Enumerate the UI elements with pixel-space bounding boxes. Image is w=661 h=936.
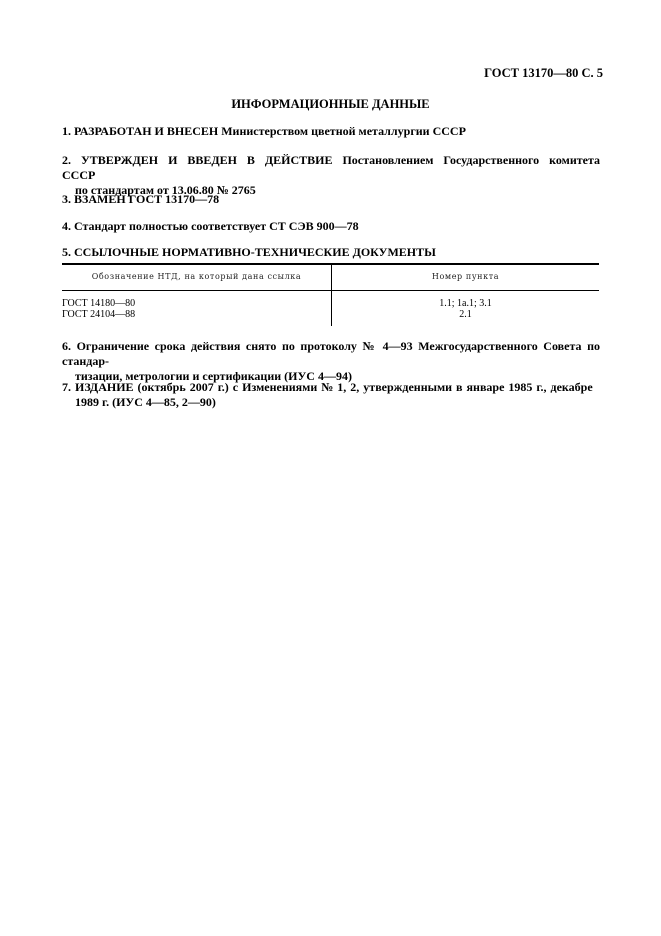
info-item-5: 5. ССЫЛОЧНЫЕ НОРМАТИВНО-ТЕХНИЧЕСКИЕ ДОКУ…: [62, 245, 436, 260]
item-text: Стандарт полностью соответствует СТ СЭВ …: [74, 219, 359, 233]
item-text: Ограничение срока действия снято по прот…: [62, 339, 600, 368]
table-cell: 2.1: [332, 309, 599, 320]
item-lead: РАЗРАБОТАН И ВНЕСЕН: [74, 124, 218, 138]
info-item-4: 4. Стандарт полностью соответствует СТ С…: [62, 219, 359, 234]
table-cell: 1.1; 1а.1; 3.1: [332, 298, 599, 309]
table-col-clauses: 1.1; 1а.1; 3.1 2.1: [332, 298, 599, 320]
page-header-reference: ГОСТ 13170—80 С. 5: [484, 66, 603, 81]
table-header-document: Обозначение НТД, на который дана ссылка: [62, 272, 331, 281]
table-header-clause: Номер пункта: [332, 272, 599, 281]
item-number: 5.: [62, 245, 71, 259]
section-title: ИНФОРМАЦИОННЫЕ ДАННЫЕ: [0, 97, 661, 112]
item-number: 4.: [62, 219, 71, 233]
item-number: 1.: [62, 124, 71, 138]
table-col-documents: ГОСТ 14180—80 ГОСТ 24104—88: [62, 298, 135, 320]
item-number: 2.: [62, 153, 71, 167]
item-lead: ВЗАМЕН ГОСТ 13170—78: [74, 192, 219, 206]
info-item-3: 3. ВЗАМЕН ГОСТ 13170—78: [62, 192, 219, 207]
table-cell: ГОСТ 14180—80: [62, 298, 135, 309]
item-number: 6.: [62, 339, 71, 353]
table-cell: ГОСТ 24104—88: [62, 309, 135, 320]
info-item-1: 1. РАЗРАБОТАН И ВНЕСЕН Министерством цве…: [62, 124, 466, 139]
item-lead: ИЗДАНИЕ: [75, 380, 134, 394]
item-continuation: 1989 г. (ИУС 4—85, 2—90): [62, 395, 600, 410]
item-text: Министерством цветной металлургии СССР: [221, 124, 466, 138]
info-item-6: 6. Ограничение срока действия снято по п…: [62, 339, 600, 384]
item-lead: ССЫЛОЧНЫЕ НОРМАТИВНО-ТЕХНИЧЕСКИЕ ДОКУМЕН…: [74, 245, 436, 259]
item-number: 7.: [62, 380, 71, 394]
info-item-7: 7. ИЗДАНИЕ (октябрь 2007 г.) с Изменения…: [62, 380, 600, 410]
item-number: 3.: [62, 192, 71, 206]
item-text: (октябрь 2007 г.) с Изменениями № 1, 2, …: [138, 380, 593, 394]
item-lead: УТВЕРЖДЕН И ВВЕДЕН В ДЕЙСТВИЕ: [81, 153, 333, 167]
